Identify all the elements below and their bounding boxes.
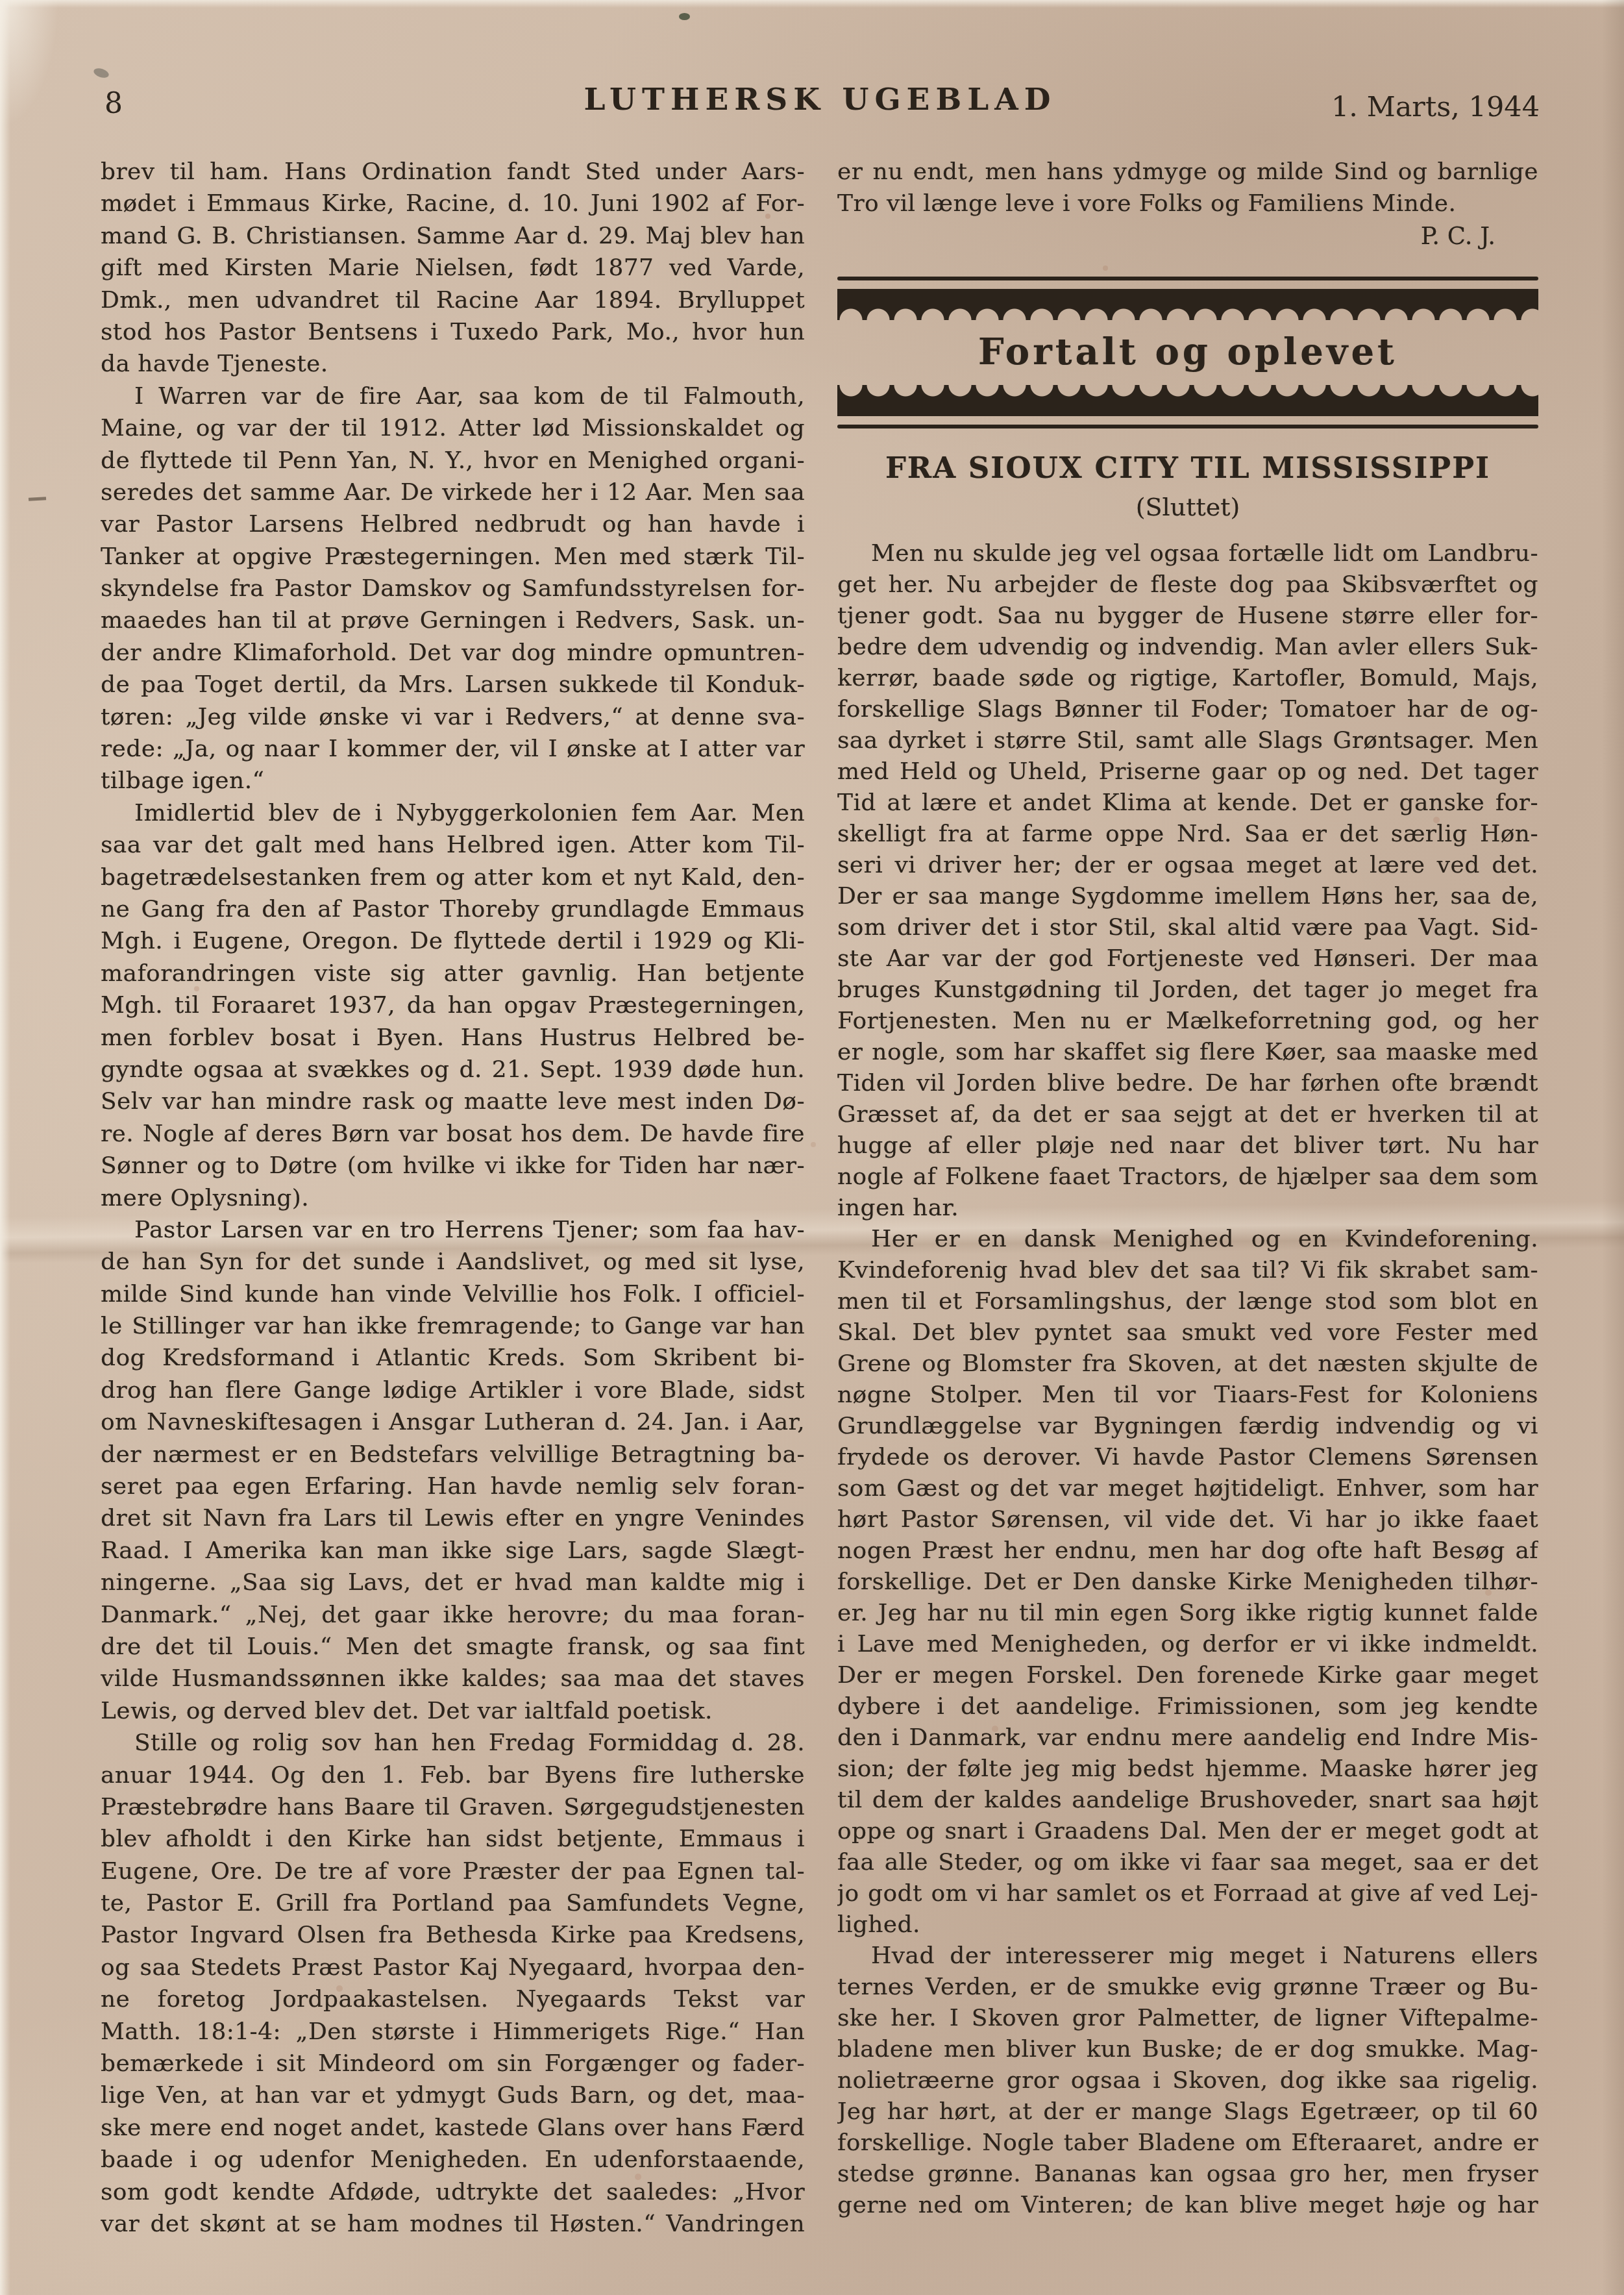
text-line: oppe og snart i Graadens Dal. Men der er… [837, 1816, 1538, 1847]
text-line: mødet i Emmaus Kirke, Racine, d. 10. Jun… [101, 188, 805, 219]
text-line: Fortjenesten. Men nu er Mælkeforretning … [837, 1006, 1538, 1037]
text-line: ingen har. [837, 1193, 1538, 1224]
ink-speck [679, 13, 690, 20]
text-line: dre det til Louis.“ Men det smagte frans… [101, 1631, 805, 1663]
text-line: forskellige. Nogle taber Bladene om Efte… [837, 2128, 1538, 2159]
text-line: kerrør, baade søde og rigtige, Kartofler… [837, 663, 1538, 694]
banner-bar-top [837, 289, 1538, 301]
text-line: er nu endt, men hans ydmyge og milde Sin… [837, 156, 1538, 188]
text-line: brev til ham. Hans Ordination fandt Sted… [101, 156, 805, 188]
text-line: blev afholdt i den Kirke han sidst betje… [101, 1823, 805, 1855]
text-line: stedse grønne. Bananas kan ogsaa gro her… [837, 2159, 1538, 2190]
text-line: sion; der følte jeg mig bedst hjemme. Ma… [837, 1754, 1538, 1785]
text-line: skyndelse fra Pastor Damskov og Samfunds… [101, 573, 805, 604]
pencil-mark [29, 497, 46, 501]
text-line: som driver det i stor Stil, skal altid v… [837, 912, 1538, 943]
text-line: Jeg har hørt, at der er mange Slags Eget… [837, 2096, 1538, 2128]
article-subtitle: (Sluttet) [837, 493, 1538, 521]
text-line: ningerne. „Saa sig Lavs, det er hvad man… [101, 1567, 805, 1598]
text-line: nolietræerne gror ogsaa i Skoven, dog ik… [837, 2065, 1538, 2096]
text-line: Men nu skulde jeg vel ogsaa fortælle lid… [837, 538, 1538, 569]
banner-rule-bottom [837, 425, 1538, 428]
text-line: Stille og rolig sov han hen Fredag Formi… [101, 1727, 805, 1759]
right-column: er nu endt, men hans ydmyge og milde Sin… [837, 156, 1538, 2221]
text-line: ske her. I Skoven gror Palmetter, de lig… [837, 2003, 1538, 2034]
scan-edge-top [0, 0, 1624, 8]
text-line: baade i og udenfor Menigheden. En udenfo… [101, 2144, 805, 2176]
text-line: frydede os derover. Vi havde Pastor Clem… [837, 1442, 1538, 1473]
banner-gap [837, 416, 1538, 425]
text-line: te, Pastor E. Grill fra Portland paa Sam… [101, 1887, 805, 1919]
text-line: med Held og Uheld, Priserne gaar op og n… [837, 756, 1538, 788]
text-line: Raad. I Amerika kan man ikke sige Lars, … [101, 1535, 805, 1567]
text-line: jo godt om vi har samlet os et Forraad a… [837, 1878, 1538, 1909]
text-line: le Stillinger var han ikke fremragende; … [101, 1310, 805, 1342]
banner-gap [837, 280, 1538, 289]
text-line: nogen Præst her endnu, men har dog ofte … [837, 1535, 1538, 1567]
text-line: ternes Verden, er de smukke evig grønne … [837, 1972, 1538, 2003]
text-line: Tid at lære et andet Klima at kende. Det… [837, 788, 1538, 819]
text-line: seredes det samme Aar. De virkede her i … [101, 477, 805, 508]
text-line: mand G. B. Christiansen. Samme Aar d. 29… [101, 220, 805, 252]
text-line: I Warren var de fire Aar, saa kom de til… [101, 380, 805, 412]
text-line: var det skønt at se ham modnes til Høste… [101, 2208, 805, 2240]
text-line: stod hos Pastor Bentsens i Tuxedo Park, … [101, 316, 805, 348]
banner-title: Fortalt og oplevet [837, 320, 1538, 385]
banner-scallop-bottom [837, 385, 1538, 404]
text-line: nøgne Stolper. Men til vor Tiaars-Fest f… [837, 1380, 1538, 1411]
text-line: Dmk., men udvandret til Racine Aar 1894.… [101, 284, 805, 316]
text-line: Skal. Det blev pyntet saa smukt ved vore… [837, 1317, 1538, 1348]
text-line: gerne ned om Vinteren; de kan blive mege… [837, 2190, 1538, 2221]
text-line: bruges Kunstgødning til Jorden, det tage… [837, 974, 1538, 1006]
text-line: men forblev bosat i Byen. Hans Hustrus H… [101, 1022, 805, 1054]
text-line: saa var det galt med hans Helbred igen. … [101, 829, 805, 861]
ink-speck [93, 67, 110, 80]
scan-edge-right [1602, 0, 1624, 2295]
text-line: og saa Stedets Præst Pastor Kaj Nyegaard… [101, 1952, 805, 1983]
byline: P. C. J. [837, 220, 1538, 252]
text-line: bagetrædelsestanken frem og atter kom et… [101, 862, 805, 893]
text-line: de flyttede til Penn Yan, N. Y., hvor en… [101, 445, 805, 477]
text-line: var Pastor Larsens Helbred nedbrudt og h… [101, 508, 805, 540]
text-line: rede: „Ja, og naar I kommer der, vil I ø… [101, 733, 805, 765]
text-line: Sønner og to Døtre (om hvilke vi ikke fo… [101, 1150, 805, 1182]
issue-date: 1. Marts, 1944 [1331, 91, 1540, 123]
text-line: er nogle, som har skaffet sig flere Køer… [837, 1037, 1538, 1068]
text-line: saa dyrket i større Stil, samt alle Slag… [837, 725, 1538, 756]
text-line: drog han flere Gange lødige Artikler i v… [101, 1374, 805, 1406]
text-line: hugge af eller pløje ned naar det bliver… [837, 1130, 1538, 1161]
text-line: Grundlæggelse var Bygningen færdig indve… [837, 1411, 1538, 1442]
text-line: maforandringen viste sig atter gavnlig. … [101, 958, 805, 989]
text-line: Mgh. til Foraaret 1937, da han opgav Præ… [101, 989, 805, 1021]
text-line: dret sit Navn fra Lars til Lewis efter e… [101, 1502, 805, 1534]
text-line: maaedes han til at prøve Gerningen i Red… [101, 604, 805, 636]
text-line: Danmark.“ „Nej, det gaar ikke herovre; d… [101, 1599, 805, 1631]
text-line: Tiden vil Jorden blive bedre. De har før… [837, 1068, 1538, 1099]
obituary-continuation: er nu endt, men hans ydmyge og milde Sin… [837, 156, 1538, 220]
text-line: Græsset af, da det er saa sejgt at det e… [837, 1099, 1538, 1130]
text-line: vilde Husmandssønnen ikke kaldes; saa ma… [101, 1663, 805, 1694]
text-line: bemærkede i sit Mindeord om sin Forgænge… [101, 2048, 805, 2079]
masthead-title: LUTHERSK UGEBLAD [101, 82, 1540, 118]
text-line: Kvindeforenig hvad blev det saa til? Vi … [837, 1255, 1538, 1286]
text-line: Pastor Larsen var en tro Herrens Tjener;… [101, 1214, 805, 1246]
text-line: seret paa egen Erfaring. Han havde nemli… [101, 1470, 805, 1502]
text-line: forskellige Slags Bønner til Foder; Toma… [837, 694, 1538, 725]
text-line: da havde Tjeneste. [101, 348, 805, 380]
text-line: er. Jeg har nu til min egen Sorg ikke ri… [837, 1598, 1538, 1629]
text-line: i Lave med Menigheden, og derfor er vi i… [837, 1629, 1538, 1660]
section-banner: Fortalt og oplevet [837, 277, 1538, 428]
text-line: Eugene, Ore. De tre af vore Præster der … [101, 1855, 805, 1887]
text-line: Grene og Blomster fra Skoven, at det næs… [837, 1348, 1538, 1380]
text-line: de paa Toget dertil, da Mrs. Larsen sukk… [101, 669, 805, 701]
text-line: Matth. 18:1-4: „Den største i Himmeriget… [101, 2016, 805, 2048]
text-line: faa alle Steder, og om ikke vi faar saa … [837, 1847, 1538, 1878]
text-line: Tanker at opgive Præstegerningen. Men me… [101, 541, 805, 573]
text-line: gyndte ogsaa at svækkes og d. 21. Sept. … [101, 1054, 805, 1085]
banner-scallop-top [837, 301, 1538, 320]
text-line: gift med Kirsten Marie Nielsen, født 187… [101, 252, 805, 284]
text-line: som godt kendte Afdøde, udtrykte det saa… [101, 2176, 805, 2208]
text-line: de han Syn for det sunde i Aandslivet, o… [101, 1246, 805, 1278]
scan-edge-left [0, 0, 10, 2295]
text-line: den i Danmark, var endnu mere aandelig e… [837, 1722, 1538, 1754]
text-line: til dem der kaldes aandelige Brushoveder… [837, 1785, 1538, 1816]
text-line: Der er saa mange Sygdomme imellem Høns h… [837, 881, 1538, 912]
text-line: Mgh. i Eugene, Oregon. De flyttede derti… [101, 925, 805, 957]
text-line: Selv var han mindre rask og maatte leve … [101, 1085, 805, 1117]
text-line: ne foretog Jordpaakastelsen. Nyegaards T… [101, 1983, 805, 2015]
text-line: Tro vil længe leve i vore Folks og Famil… [837, 188, 1538, 219]
text-line: re. Nogle af deres Børn var bosat hos de… [101, 1118, 805, 1150]
text-line: dybere i det aandelige. Frimissionen, so… [837, 1691, 1538, 1722]
text-line: nogle af Folkene faaet Tractors, de hjæl… [837, 1161, 1538, 1193]
text-line: anuar 1944. Og den 1. Feb. bar Byens fir… [101, 1759, 805, 1791]
text-line: Pastor Ingvard Olsen fra Bethesda Kirke … [101, 1919, 805, 1951]
text-line: om Navneskiftesagen i Ansgar Lutheran d.… [101, 1406, 805, 1438]
text-line: ste Aar var der god Fortjeneste ved Høns… [837, 943, 1538, 974]
text-line: Lewis, og derved blev det. Det var ialtf… [101, 1695, 805, 1727]
text-line: bladene men bliver kun Buske; de er dog … [837, 2034, 1538, 2065]
text-line: der nærmest er en Bedstefars velvillige … [101, 1439, 805, 1470]
text-line: Her er en dansk Menighed og en Kvindefor… [837, 1224, 1538, 1255]
text-line: hørt Pastor Sørensen, vil vide det. Vi h… [837, 1504, 1538, 1535]
text-line: ne Gang fra den af Pastor Thoreby grundl… [101, 893, 805, 925]
banner-bar-bottom [837, 404, 1538, 416]
text-line: mere Oplysning). [101, 1182, 805, 1214]
text-line: ske mere end noget andet, kastede Glans … [101, 2112, 805, 2144]
scan-corner-highlight [0, 0, 78, 169]
left-column: brev til ham. Hans Ordination fandt Sted… [101, 156, 805, 2240]
text-line: der andre Klimaforhold. Det var dog mind… [101, 637, 805, 669]
text-line: men til et Forsamlingshus, der længe sto… [837, 1286, 1538, 1317]
article-body: Men nu skulde jeg vel ogsaa fortælle lid… [837, 538, 1538, 2221]
text-line: som Gæst og det var meget højtideligt. E… [837, 1473, 1538, 1504]
text-line: Imidlertid blev de i Nybyggerkolonien fe… [101, 797, 805, 829]
page-header: 8 LUTHERSK UGEBLAD 1. Marts, 1944 [101, 82, 1540, 127]
text-line: tjener godt. Saa nu bygger de Husene stø… [837, 601, 1538, 632]
text-line: Der er megen Forskel. Den forenede Kirke… [837, 1660, 1538, 1691]
text-line: lige Ven, at han var et ydmygt Guds Barn… [101, 2079, 805, 2111]
text-line: milde Sind kunde han vinde Velvillie hos… [101, 1278, 805, 1310]
text-line: lighed. [837, 1909, 1538, 1941]
text-line: bedre dem udvendig og indvendig. Man avl… [837, 632, 1538, 663]
text-line: Maine, og var der til 1912. Atter lød Mi… [101, 412, 805, 444]
text-line: forskellige. Det er Den danske Kirke Men… [837, 1567, 1538, 1598]
article-title: FRA SIOUX CITY TIL MISSISSIPPI [837, 451, 1538, 485]
newspaper-page: 8 LUTHERSK UGEBLAD 1. Marts, 1944 brev t… [0, 0, 1624, 2295]
text-line: seri vi driver her; der er ogsaa meget a… [837, 850, 1538, 881]
text-line: Hvad der interesserer mig meget i Nature… [837, 1941, 1538, 1972]
text-line: dog Kredsformand i Atlantic Kreds. Som S… [101, 1342, 805, 1374]
text-line: get her. Nu arbejder de fleste dog paa S… [837, 569, 1538, 601]
text-line: skelligt fra at farme oppe Nrd. Saa er d… [837, 819, 1538, 850]
text-line: tøren: „Jeg vilde ønske vi var i Redvers… [101, 701, 805, 733]
text-line: tilbage igen.“ [101, 765, 805, 797]
text-line: Præstebrødre hans Baare til Graven. Sørg… [101, 1791, 805, 1823]
